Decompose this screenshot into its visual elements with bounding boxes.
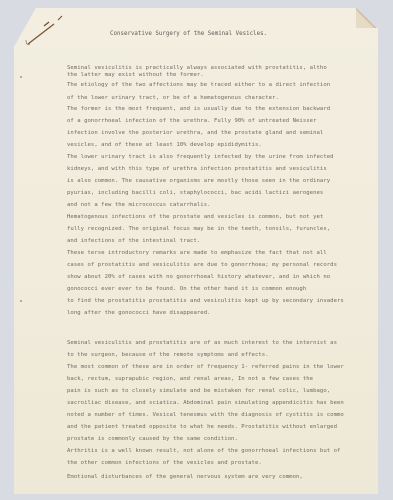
text-line: infection involve the posterior urethra,…	[67, 130, 323, 136]
pencil-mark-icon	[22, 14, 66, 48]
text-line: and infections of the intestinal tract.	[67, 238, 200, 244]
text-line: These terse introductory remarks are mad…	[67, 250, 327, 256]
text-line: show about 20% of cases with no gonorrho…	[67, 274, 330, 280]
text-line: Seminal vesiculitis and prostatitis are …	[67, 340, 337, 346]
text-line: Seminal vesiculitis is practically alway…	[67, 65, 327, 71]
text-line: prostate is commonly caused by the same …	[67, 436, 238, 442]
text-line: the other common infections of the vesic…	[67, 460, 262, 466]
text-line: back, rectum, suprapubic region, and ren…	[67, 376, 313, 382]
text-line: to the surgeon, because of the remote sy…	[67, 352, 269, 358]
text-line: pyurias, including bacilli coli, staphyl…	[67, 190, 323, 196]
text-line: gonococci ever ever to be found. On the …	[67, 286, 306, 292]
text-line: vesicles, and of these at least 10% deve…	[67, 142, 262, 148]
document-title: Conservative Surgery of the Seminal Vesi…	[110, 31, 267, 37]
text-line: kidneys, and with this type of urethra i…	[67, 166, 327, 172]
text-line: and the patient treated opposite to what…	[67, 424, 337, 430]
margin-mark	[20, 76, 22, 78]
text-line: fully recognized. The original focus may…	[67, 226, 330, 232]
margin-mark	[20, 300, 22, 302]
text-line: the latter may exist without the former.	[67, 72, 204, 78]
text-line: of a gonorrhoeal infection of the urethr…	[67, 118, 317, 124]
text-line: pain is such as to closely simulate and …	[67, 388, 330, 394]
text-line: is also common. The causative organisms …	[67, 178, 330, 184]
text-line: to find the prostatitis prostatitis and …	[67, 298, 344, 304]
text-line: Hematogenous infections of the prostate …	[67, 214, 323, 220]
text-line: cases of prostatitis and vesiculitis are…	[67, 262, 337, 268]
text-line: of the lower urinary tract, or be of a h…	[67, 95, 279, 101]
text-line: noted a number of times. Vesical tenesmu…	[67, 412, 344, 418]
text-line: The most common of these are in order of…	[67, 364, 344, 370]
text-line: long after the gonococci have disappeare…	[67, 310, 211, 316]
text-line: The etiology of the two affections may b…	[67, 82, 330, 88]
text-line: Arthritis is a well known result, not al…	[67, 448, 340, 454]
text-line: The former is the most frequent, and is …	[67, 106, 330, 112]
text-line: The lower urinary tract is also frequent…	[67, 154, 334, 160]
text-line: Emotional disturbances of the general ne…	[67, 474, 303, 480]
text-line: sacroiliac disease, and sciatica. Abdomi…	[67, 400, 344, 406]
text-line: and not a few the micrococcus catarrhali…	[67, 202, 211, 208]
